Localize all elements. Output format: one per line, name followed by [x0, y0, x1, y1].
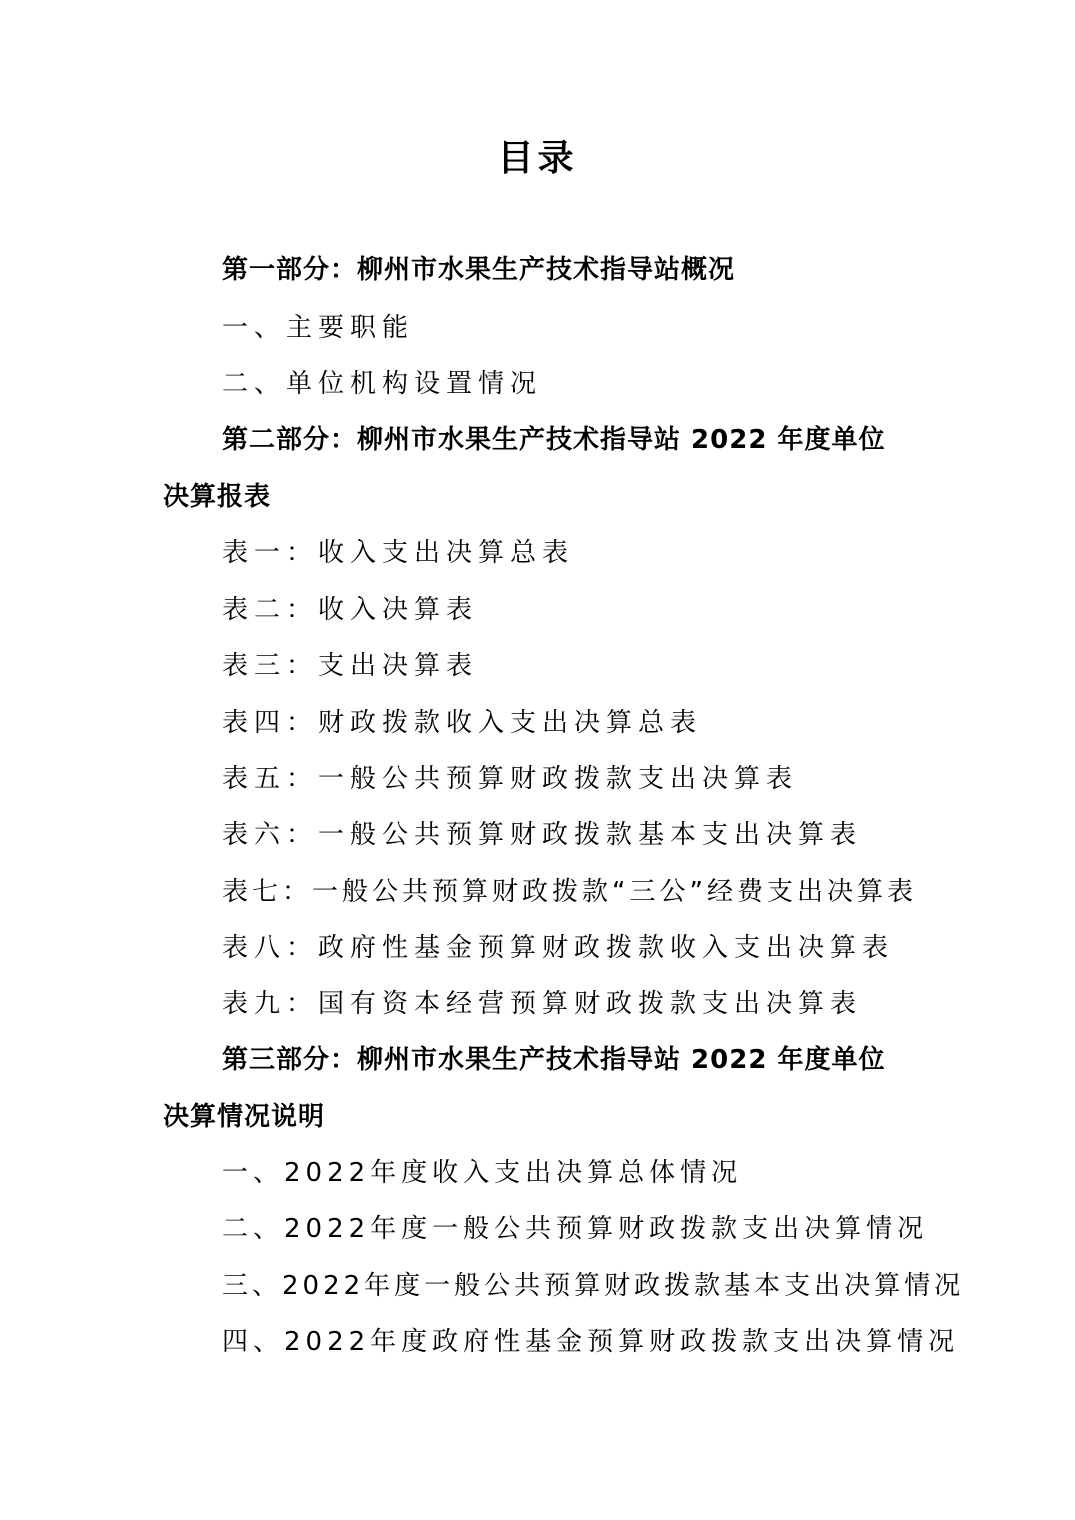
toc-item-part1-2: 二、单位机构设置情况 [222, 366, 542, 402]
document-page: 目录 第一部分：柳州市水果生产技术指导站概况 一、主要职能 二、单位机构设置情况… [0, 0, 1075, 1520]
toc-item-part3-2: 二、2022年度一般公共预算财政拨款支出决算情况 [222, 1211, 928, 1247]
page-title: 目录 [0, 134, 1075, 184]
toc-item-table6: 表六：一般公共预算财政拨款基本支出决算表 [222, 817, 862, 853]
toc-item-table1: 表一：收入支出决算总表 [222, 535, 574, 571]
part2-heading-line1: 第二部分：柳州市水果生产技术指导站 2022 年度单位 [222, 422, 885, 458]
part1-heading: 第一部分：柳州市水果生产技术指导站概况 [222, 252, 735, 288]
toc-item-table5: 表五：一般公共预算财政拨款支出决算表 [222, 761, 798, 797]
toc-item-table4: 表四：财政拨款收入支出决算总表 [222, 705, 702, 741]
toc-item-part3-4: 四、2022年度政府性基金预算财政拨款支出决算情况 [222, 1324, 959, 1360]
toc-item-table3: 表三：支出决算表 [222, 648, 478, 684]
part3-heading-line2: 决算情况说明 [163, 1099, 325, 1135]
toc-item-table2: 表二：收入决算表 [222, 592, 478, 628]
part2-heading-line2: 决算报表 [163, 479, 271, 515]
toc-item-part3-1: 一、2022年度收入支出决算总体情况 [222, 1155, 742, 1191]
toc-item-table8: 表八：政府性基金预算财政拨款收入支出决算表 [222, 930, 894, 966]
part3-heading-line1: 第三部分：柳州市水果生产技术指导站 2022 年度单位 [222, 1042, 885, 1078]
toc-item-part3-3: 三、2022年度一般公共预算财政拨款基本支出决算情况 [222, 1268, 964, 1304]
toc-item-table7: 表七：一般公共预算财政拨款“三公”经费支出决算表 [222, 874, 917, 910]
toc-item-table9: 表九：国有资本经营预算财政拨款支出决算表 [222, 986, 862, 1022]
toc-item-part1-1: 一、主要职能 [222, 310, 414, 346]
